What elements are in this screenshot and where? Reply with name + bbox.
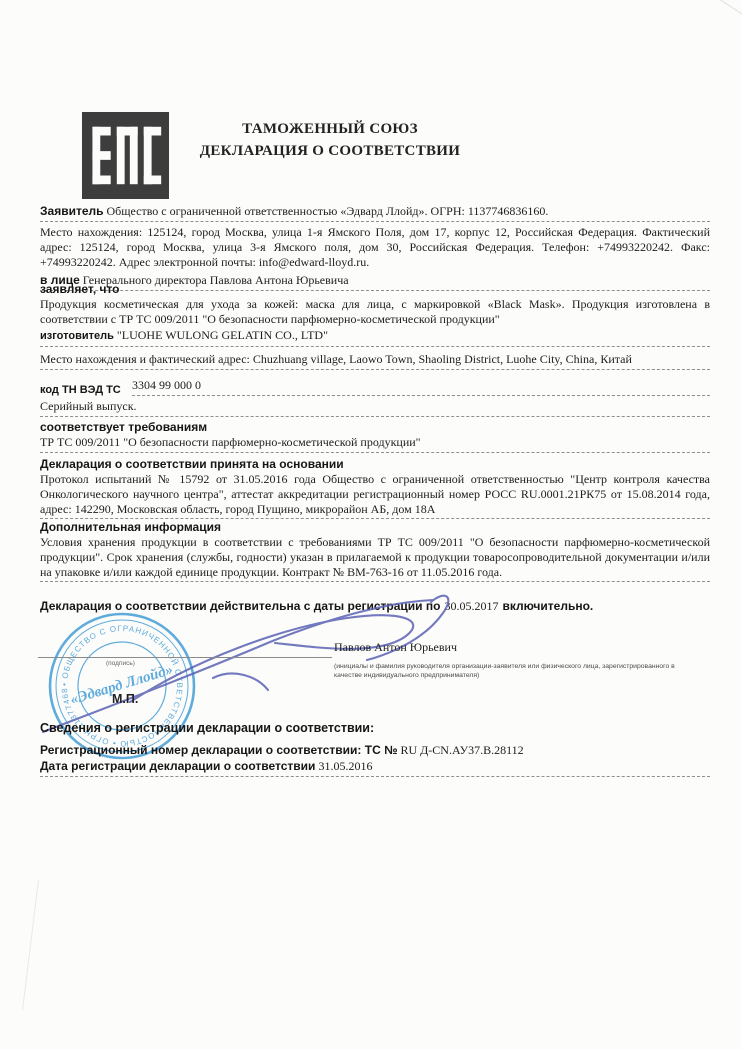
tn-ved-row: код ТН ВЭД ТС 3304 99 000 0 <box>40 378 710 396</box>
applicant-label: Заявитель <box>40 204 104 218</box>
complies-value: ТР ТС 009/2011 "О безопасности парфюмерн… <box>40 435 421 449</box>
manufacturer-address-line: Место нахождения и фактический адрес: Ch… <box>40 351 710 370</box>
applicant-section: Заявитель Общество с ограниченной ответс… <box>40 203 710 291</box>
basis-section: Декларация о соответствии принята на осн… <box>40 457 710 582</box>
registration-date-label: Дата регистрации декларации о соответств… <box>40 759 315 773</box>
scan-crease-artifact <box>22 880 39 1009</box>
scanned-declaration-document: ТАМОЖЕННЫЙ СОЮЗ ДЕКЛАРАЦИЯ О СООТВЕТСТВИ… <box>0 0 742 1049</box>
additional-info-label: Дополнительная информация <box>40 520 710 535</box>
registration-section: Сведения о регистрации декларации о соот… <box>40 721 710 777</box>
complies-label: соответствует требованиям <box>40 420 710 434</box>
document-title: ТАМОЖЕННЫЙ СОЮЗ ДЕКЛАРАЦИЯ О СООТВЕТСТВИ… <box>170 118 490 162</box>
applicant-name: Общество с ограниченной ответственностью… <box>107 204 549 218</box>
basis-text: Протокол испытаний № 15792 от 31.05.2016… <box>40 472 710 517</box>
validity-suffix: включительно. <box>502 599 593 613</box>
manufacturer-name: "LUOHE WULONG GELATIN CO., LTD" <box>117 328 328 342</box>
signee-note: (инициалы и фамилия руководителя организ… <box>334 663 684 680</box>
registration-number-label: Регистрационный номер декларации о соотв… <box>40 743 397 757</box>
applicant-line: Заявитель Общество с ограниченной ответс… <box>40 203 710 222</box>
signee-name: Павлов Антон Юрьевич <box>334 640 457 655</box>
complies-line: ТР ТС 009/2011 "О безопасности парфюмерн… <box>40 434 710 453</box>
basis-label: Декларация о соответствии принята на осн… <box>40 457 710 472</box>
eac-mark-icon <box>82 112 169 204</box>
signature-line <box>38 657 332 658</box>
manufacturer-line: изготовитель "LUOHE WULONG GELATIN CO., … <box>40 327 710 347</box>
title-line-1: ТАМОЖЕННЫЙ СОЮЗ <box>170 118 490 140</box>
manufacturer-address: Место нахождения и фактический адрес: Ch… <box>40 352 632 366</box>
additional-info-text: Условия хранения продукции в соответстви… <box>40 535 710 580</box>
stamp-place-label: М.П. <box>112 692 138 706</box>
product-description: Продукция косметическая для ухода за кож… <box>40 297 710 327</box>
declaration-section: заявляет, что Продукция косметическая дл… <box>40 282 710 370</box>
divider <box>40 517 710 519</box>
registration-number-line: Регистрационный номер декларации о соотв… <box>40 742 710 758</box>
registration-number-value: RU Д-CN.АУ37.В.28112 <box>400 743 523 757</box>
tn-ved-label: код ТН ВЭД ТС <box>40 384 132 396</box>
registration-header: Сведения о регистрации декларации о соот… <box>40 721 710 735</box>
registration-date-line: Дата регистрации декларации о соответств… <box>40 758 710 777</box>
declares-label: заявляет, что <box>40 282 710 296</box>
title-line-2: ДЕКЛАРАЦИЯ О СООТВЕТСТВИИ <box>170 140 490 162</box>
codes-section: код ТН ВЭД ТС 3304 99 000 0 Серийный вып… <box>40 378 710 453</box>
manufacturer-label: изготовитель <box>40 330 114 342</box>
tn-ved-value: 3304 99 000 0 <box>132 378 710 396</box>
scan-edge-artifact <box>704 0 742 20</box>
registration-date-value: 31.05.2016 <box>318 759 372 773</box>
serial-release-line: Серийный выпуск. <box>40 398 710 417</box>
serial-release: Серийный выпуск. <box>40 399 137 413</box>
signature-caption: (подпись) <box>106 660 135 667</box>
applicant-address: Место нахождения: 125124, город Москва, … <box>40 225 710 270</box>
